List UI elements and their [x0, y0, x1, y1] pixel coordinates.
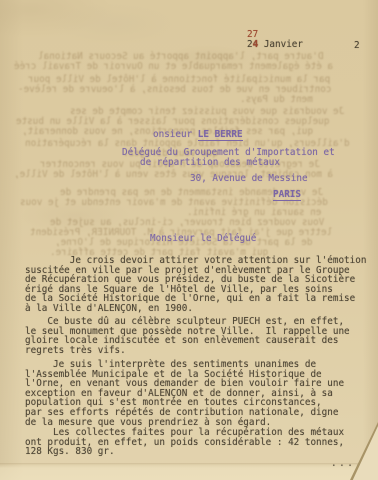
paper-bottom-edge: [0, 463, 378, 480]
recipient-salutation-prefix: onsieur: [153, 129, 198, 140]
bleedthrough-line: par la municipalité fonctionne à l'Hôtel…: [28, 75, 330, 85]
bleedthrough-line: ment du Pays.: [240, 95, 313, 105]
letter-salutation: Monsieur le Délégué: [150, 234, 256, 244]
paper-corner-fold: [350, 422, 378, 480]
paragraph-1: Je crois devoir attirer votre attention …: [25, 256, 366, 314]
recipient-city: PARIS: [273, 190, 301, 201]
bleedthrough-line: en saurai un gré infini.: [187, 208, 321, 218]
bleedthrough-line: Je voudrais que vous puissiez tenir comp…: [70, 107, 344, 117]
bleedthrough-line: quelques considérations pour laisser à l…: [16, 117, 329, 127]
bleedthrough-line: a été également remarquable et un Ouvroi…: [14, 62, 333, 72]
bleedthrough-line: contribuer en vue de tous besoins, à l'o…: [18, 85, 331, 95]
recipient-title-line2: de répartition des métaux: [140, 158, 280, 168]
recipient-name: LE BERRE: [198, 129, 243, 141]
date-line: 24 Janvier: [247, 40, 303, 50]
recipient-street: 30, Avenue de Messine: [190, 174, 308, 184]
paragraph-3: Je suis l'interprète des sentiments unan…: [25, 360, 344, 427]
scanned-letter-page: D'autre part, l'appoint apporté au Secou…: [0, 0, 378, 480]
date-month: Janvier: [258, 39, 303, 50]
bleedthrough-line: D'autre part, l'appoint apporté au Secou…: [38, 52, 323, 62]
paragraph-4: Les collectes faites pour la récupératio…: [25, 428, 344, 457]
page-number: 2: [354, 41, 360, 51]
paragraph-2: Ce buste dû au célèbre sculpteur PUECH e…: [25, 317, 350, 355]
recipient-name-line: onsieur LE BERRE: [153, 130, 243, 140]
bleedthrough-line: Vous voudrez bien trouver, ci-inclus, au…: [50, 218, 324, 228]
